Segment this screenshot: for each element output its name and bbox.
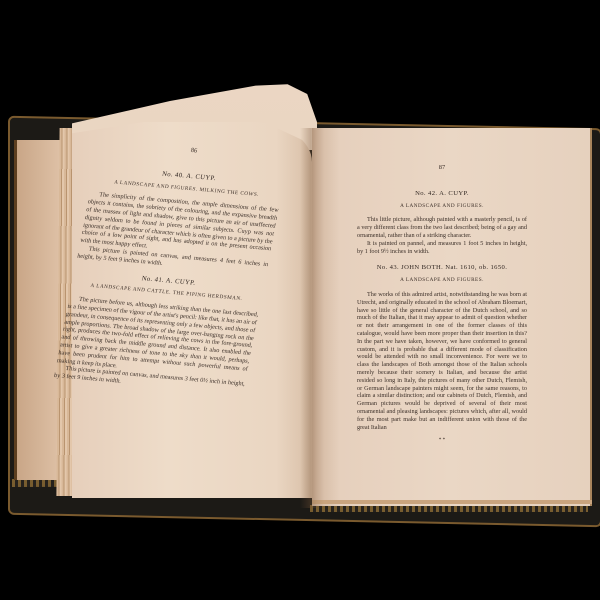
catalogue-entry: No. 42. A. CUYP. A LANDSCAPE AND FIGURES… [357, 190, 527, 256]
entry-paragraph: It is painted on pannel, and measures 1 … [357, 240, 527, 256]
page-number: 87 [357, 164, 527, 172]
book-photo: 86 No. 40. A. CUYP. A LANDSCAPE AND FIGU… [0, 0, 600, 600]
right-page-edge [312, 500, 592, 504]
entry-paragraph: This little picture, although painted wi… [357, 216, 527, 239]
catalogue-entry: No. 41. A. CUYP. A LANDSCAPE AND CATTLE.… [53, 269, 264, 396]
gilt-tooling-right [310, 505, 588, 512]
catalogue-entry: No. 43. JOHN BOTH. Nat. 1610, ob. 1650. … [357, 264, 527, 431]
right-page-text: 87 No. 42. A. CUYP. A LANDSCAPE AND FIGU… [357, 164, 527, 445]
entry-subheading: A LANDSCAPE AND FIGURES. [357, 203, 527, 211]
book-gutter [300, 128, 324, 508]
entry-subheading: A LANDSCAPE AND FIGURES. [357, 277, 527, 285]
entry-paragraph: The works of this admired artist, notwit… [357, 291, 527, 431]
entry-heading: No. 43. JOHN BOTH. Nat. 1610, ob. 1650. [357, 264, 527, 272]
signature-mark: * * [357, 437, 527, 445]
catalogue-entry: No. 40. A. CUYP. A LANDSCAPE AND FIGURES… [76, 164, 284, 276]
entry-heading: No. 42. A. CUYP. [357, 190, 527, 198]
